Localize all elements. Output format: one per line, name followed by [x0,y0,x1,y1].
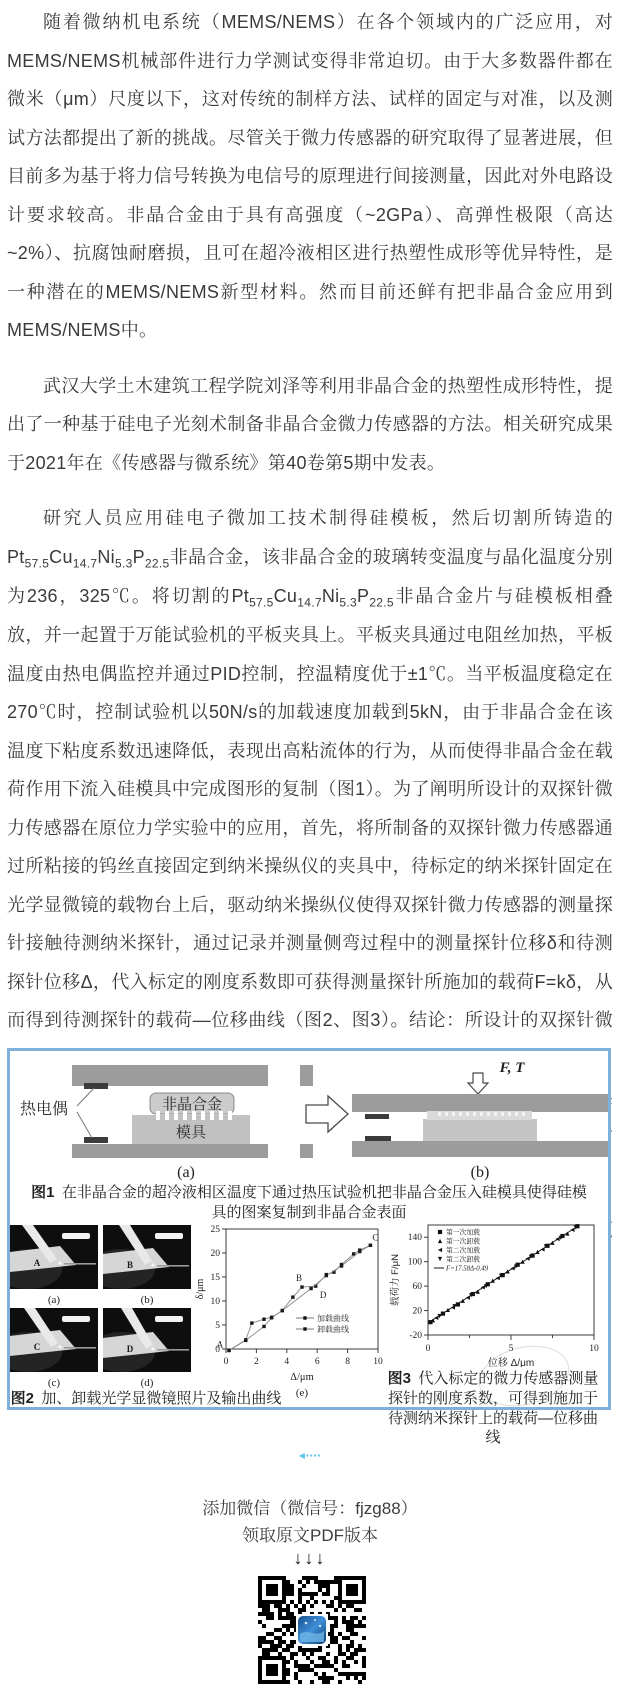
svg-text:140: 140 [408,1233,423,1243]
chemical-subscript: 14.7 [297,596,322,610]
svg-text:加载曲线: 加载曲线 [317,1313,349,1323]
micrograph-image: A [10,1225,98,1289]
svg-text:15: 15 [211,1273,221,1283]
figure1-caption-number: 图1 [31,1184,54,1201]
svg-text:20: 20 [211,1249,221,1259]
paragraph: 随着微纳机电系统（MEMS/NEMS）在各个领域内的广泛应用，对MEMS/NEM… [7,3,613,350]
divider-arrow-icon: ◀▪▪▪▪ [0,1451,620,1460]
micrograph-d: D(d) [103,1308,191,1390]
svg-text:25: 25 [211,1225,221,1235]
chemical-subscript: 5.3 [339,596,357,610]
svg-text:2: 2 [254,1357,259,1367]
micrograph-c: C(c) [10,1308,98,1390]
qr-code [258,1576,366,1684]
figure1-hot-press-diagram: 热电偶非晶合金模具(a)F, T(b) [10,1053,608,1183]
paragraph-text: 随着微纳机电系统（MEMS/NEMS）在各个领域内的广泛应用，对MEMS/NEM… [7,12,613,340]
svg-text:第二次加载: 第二次加载 [446,1246,480,1255]
chemical-subscript: 57.5 [249,596,274,610]
paragraph-text: P [357,586,369,606]
svg-text:10: 10 [373,1357,383,1367]
svg-text:模具: 模具 [176,1123,207,1141]
wechat-contact-line: 添加微信（微信号：fjzg88） [0,1494,620,1519]
svg-text:100: 100 [408,1258,423,1268]
chemical-subscript: 5.3 [115,556,133,570]
figure1-caption-text: 在非晶合金的超冷液相区温度下通过热压试验机把非晶合金压入硅模具使得硅模具的图案复… [62,1184,587,1221]
svg-text:20: 20 [413,1307,423,1317]
svg-text:F=17.58Δ-0.49: F=17.58Δ-0.49 [445,1266,489,1273]
svg-text:0: 0 [426,1344,431,1354]
svg-text:第二次卸载: 第二次卸载 [446,1255,480,1264]
micrograph-image: D [103,1308,191,1372]
chart-f3: 0510-202060100140第一次加载第一次卸载第二次加载第二次卸载F=1… [388,1217,604,1367]
svg-text:C: C [34,1342,41,1352]
svg-text:D: D [127,1344,134,1354]
micrograph-panel-label: (b) [103,1294,191,1307]
figure-panel: 热电偶非晶合金模具(a)F, T(b) 图1 在非晶合金的超冷液相区温度下通过热… [7,1048,611,1410]
svg-text:D: D [320,1290,327,1300]
svg-text:10: 10 [589,1344,599,1354]
svg-text:A: A [34,1258,41,1268]
figure2-caption-number: 图2 [11,1390,34,1407]
micrograph-image: B [103,1225,191,1289]
svg-text:4: 4 [284,1357,289,1367]
chemical-subscript: 22.5 [145,556,170,570]
svg-text:-20: -20 [409,1331,422,1341]
svg-text:5: 5 [215,1321,220,1331]
svg-text:(a): (a) [177,1164,195,1181]
paragraph-text: Cu [274,586,298,606]
micrograph-b: B(b) [103,1225,191,1307]
chemical-subscript: 14.7 [73,556,98,570]
svg-text:60: 60 [413,1282,423,1292]
svg-text:热电偶: 热电偶 [20,1100,68,1118]
pdf-offer-line: 领取原文PDF版本 [0,1521,620,1546]
svg-text:(e): (e) [296,1387,309,1399]
page: { "page": { "background": "#ffffff", "te… [0,0,620,1688]
figure3-caption-number: 图3 [388,1370,411,1387]
svg-text:Δ/μm: Δ/μm [290,1372,313,1383]
chart-e: 02468100510152025ABDC加载曲线卸载曲线δ/μmΔ/μm(e) [192,1219,388,1399]
paragraph-text: Cu [49,547,73,567]
paragraph: 武汉大学土木建筑工程学院刘泽等利用非晶合金的热塑性成形特性，提出了一种基于硅电子… [7,367,613,483]
svg-text:A: A [217,1339,224,1349]
chemical-subscript: 22.5 [369,596,394,610]
svg-text:10: 10 [211,1297,221,1307]
micrograph-panel-label: (a) [10,1294,98,1307]
paragraph-text: 武汉大学土木建筑工程学院刘泽等利用非晶合金的热塑性成形特性，提出了一种基于硅电子… [7,376,613,473]
svg-text:卸载曲线: 卸载曲线 [317,1324,349,1334]
svg-text:0: 0 [224,1357,229,1367]
paragraph-text: P [133,547,145,567]
svg-text:第一次卸载: 第一次卸载 [446,1237,480,1246]
paragraph-text: Ni [97,547,115,567]
svg-text:(b): (b) [471,1164,490,1181]
paragraph-text: Ni [322,586,340,606]
svg-text:B: B [296,1273,302,1283]
svg-text:C: C [372,1232,378,1242]
qr-code-image [258,1576,366,1684]
svg-text:6: 6 [315,1357,320,1367]
down-arrows: ↓↓↓ [0,1548,620,1569]
svg-text:载荷力 F/μN: 载荷力 F/μN [389,1254,401,1306]
svg-text:非晶合金: 非晶合金 [162,1096,222,1113]
micrograph-grid: A(a)B(b)C(c)D(d) [10,1225,194,1390]
svg-text:8: 8 [345,1357,350,1367]
svg-text:B: B [127,1260,133,1270]
chemical-subscript: 57.5 [25,556,50,570]
micrograph-image: C [10,1308,98,1372]
micrograph-a: A(a) [10,1225,98,1307]
svg-text:第一次加载: 第一次加载 [446,1228,480,1237]
svg-text:δ/μm: δ/μm [195,1278,206,1299]
svg-text:F, T: F, T [499,1060,526,1076]
